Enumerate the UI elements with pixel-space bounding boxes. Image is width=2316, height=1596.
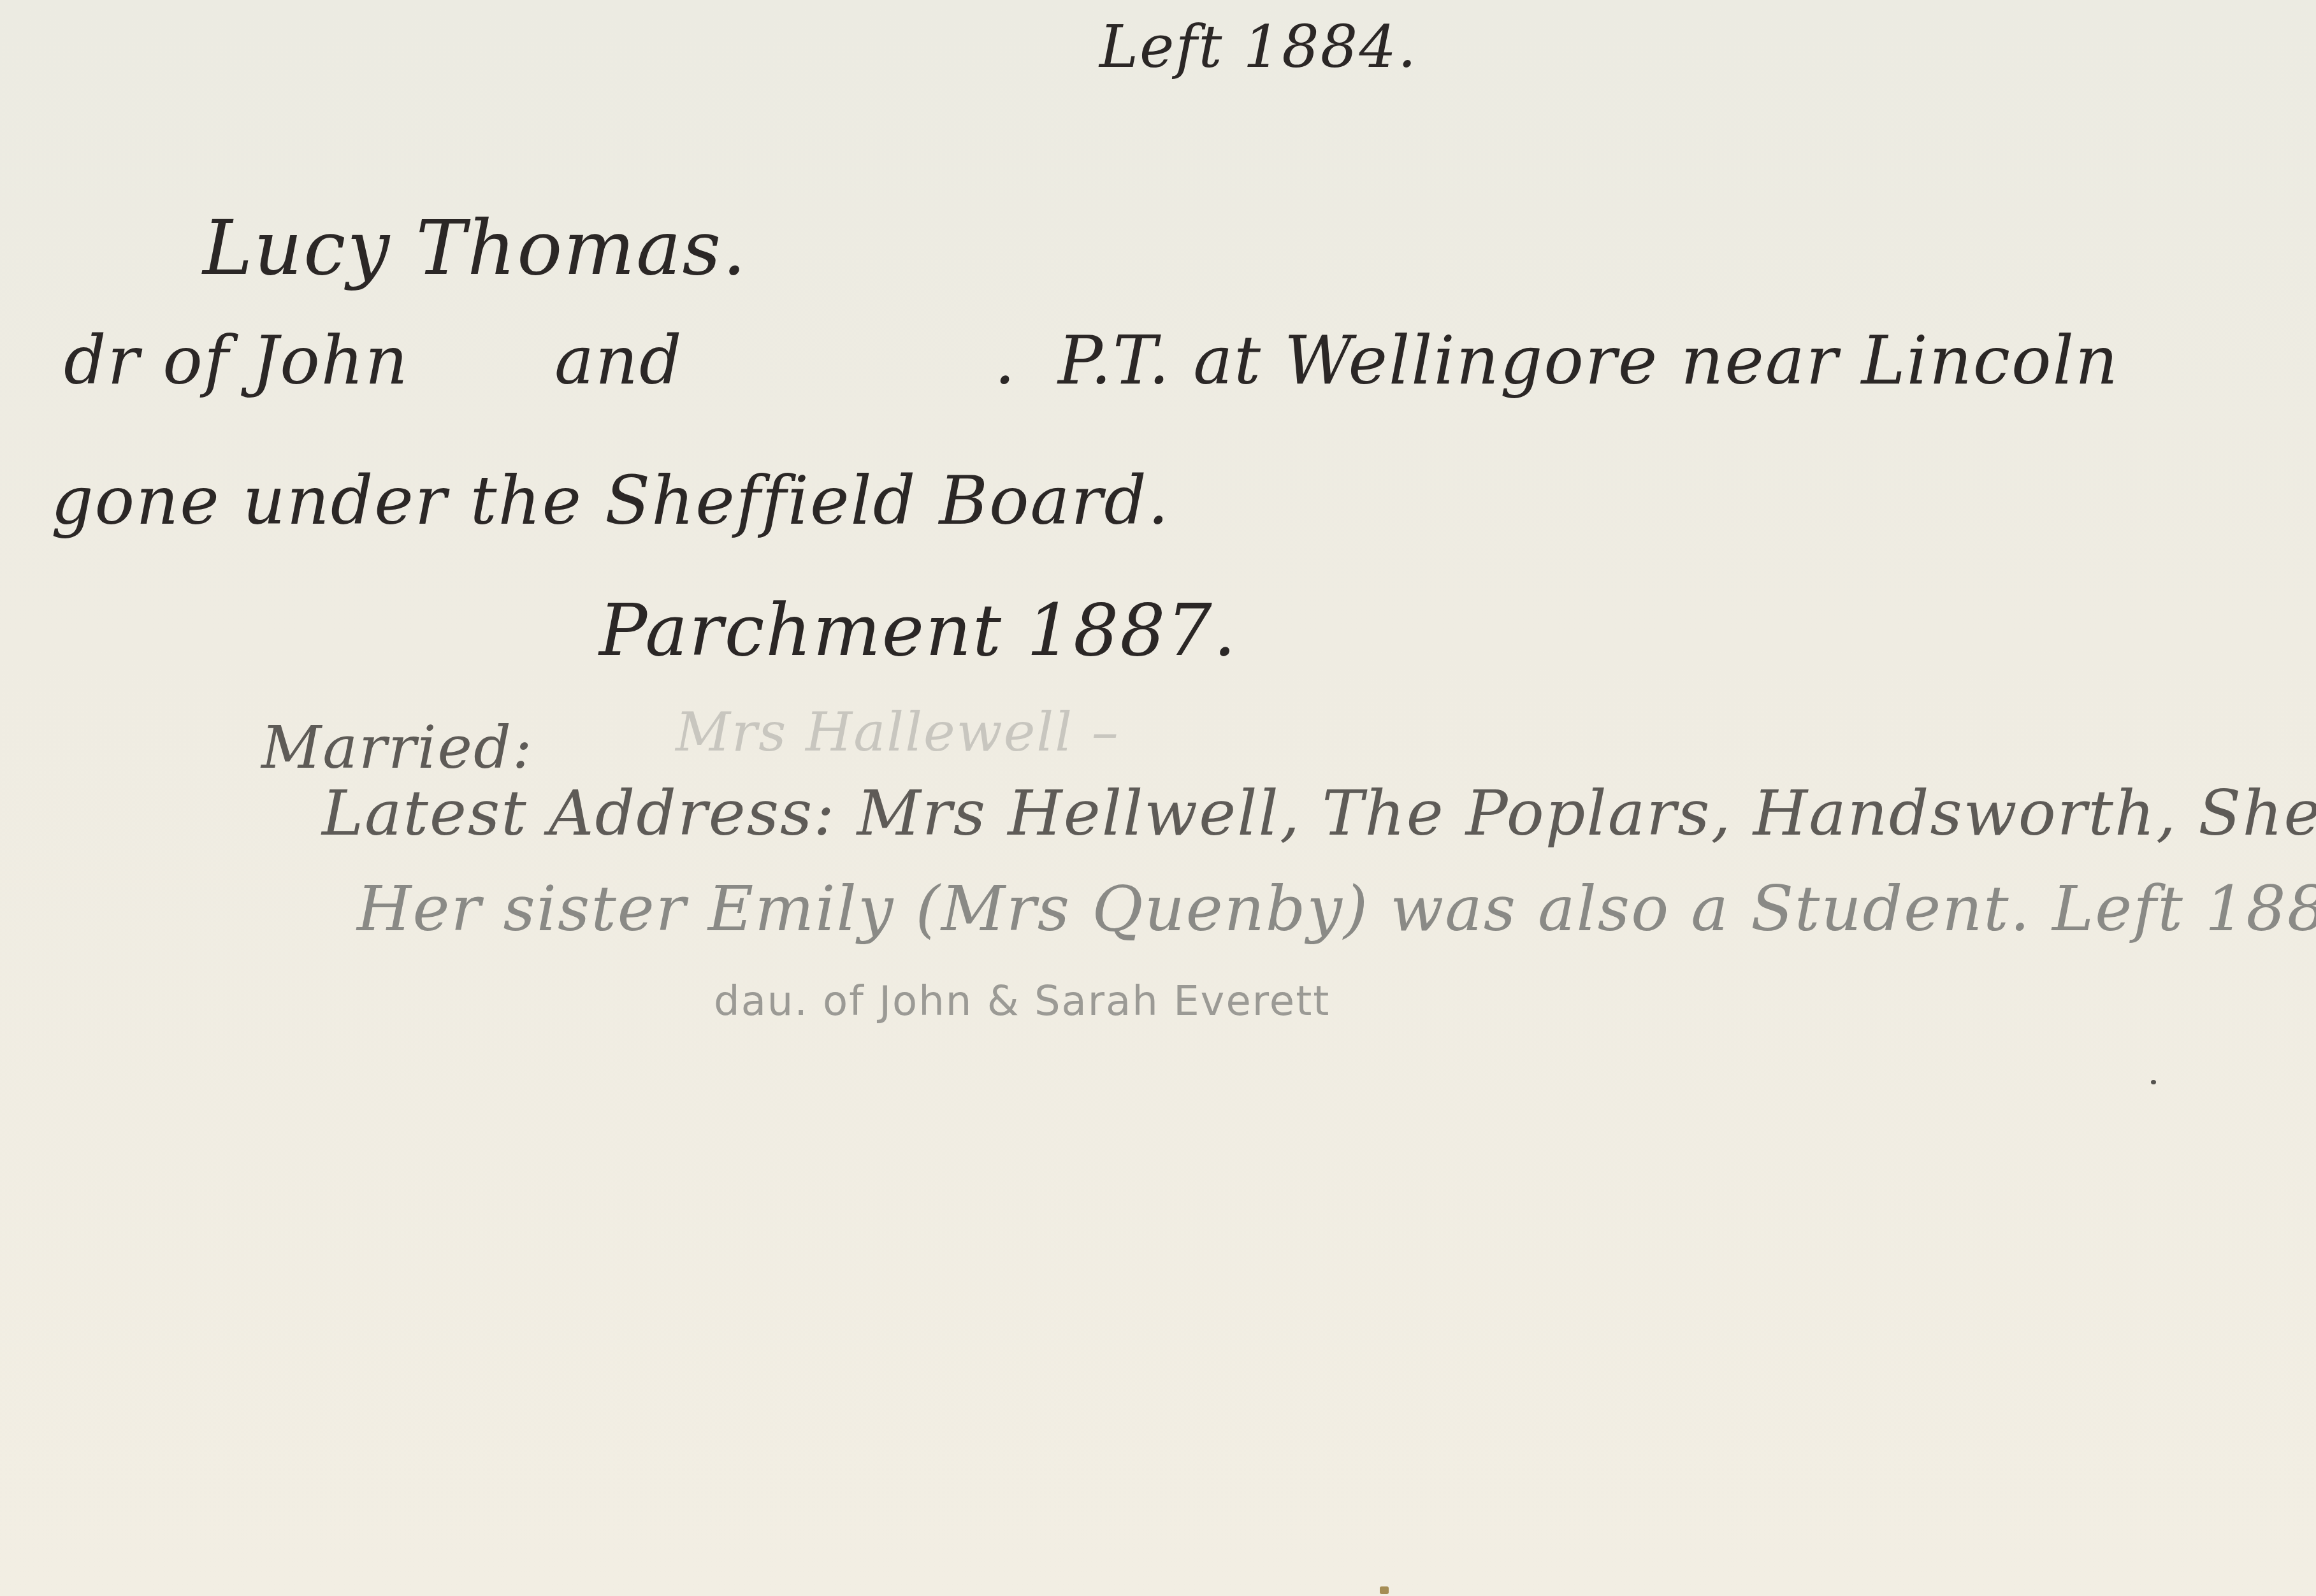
paper-speck [2151,1080,2156,1084]
student-name: Lucy Thomas. [203,204,748,292]
header-date: Left 1884. [1099,13,1417,81]
parents-blank-mark: . [994,322,1017,399]
board-line: gone under the Sheffield Board. [51,462,1170,540]
parents-occupation: P.T. at Wellingore near Lincoln [1058,322,2119,399]
parents-and: and [554,322,683,399]
pencil-note: dau. of John & Sarah Everett [714,978,1330,1025]
paper-speck [1380,1586,1389,1594]
married-label: Married: [261,714,533,782]
register-page: Left 1884. Lucy Thomas. dr of John and .… [0,0,2316,1596]
parchment-line: Parchment 1887. [599,589,1237,672]
latest-address: Latest Address: Mrs Hellwell, The Poplar… [322,777,2316,850]
parents-prefix: dr of John [64,322,409,399]
married-erased-pencil: Mrs Hallewell – [676,701,1120,763]
sister-note: Her sister Emily (Mrs Quenby) was also a… [357,873,2316,945]
